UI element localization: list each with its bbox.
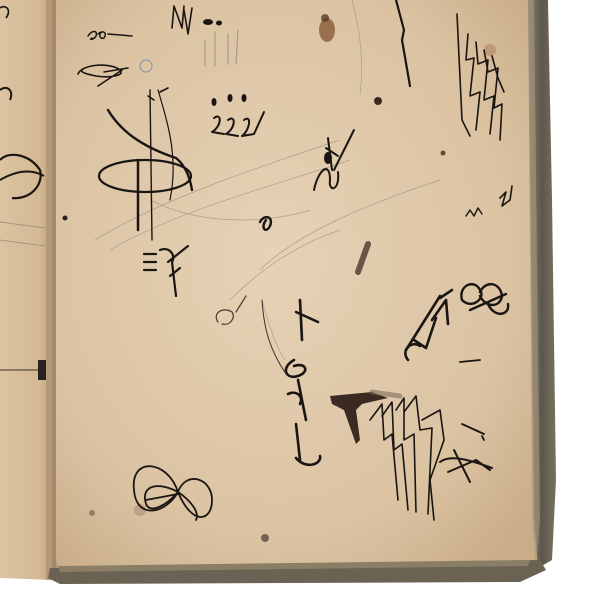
left-page <box>0 0 52 580</box>
manuscript-illustration <box>0 0 600 600</box>
manuscript-photo <box>0 0 600 600</box>
